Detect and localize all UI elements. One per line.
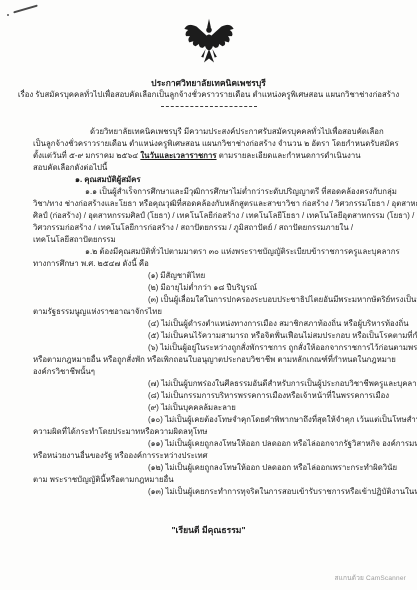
announcement-subject: เรื่อง รับสมัครบุคคลทั่วไปเพื่อสอบคัดเลื… [0, 89, 417, 101]
scan-dot-artifact [7, 14, 9, 16]
doc-line: (๑๑) ไม่เป็นผู้เคยถูกลงโทษให้ออก ปลดออก … [33, 438, 393, 450]
doc-line: ความผิดที่ได้กระทำโดยประมาทหรือความผิดลห… [33, 426, 393, 438]
doc-line: (๙) ไม่เป็นบุคคลล้มละลาย [33, 402, 393, 414]
doc-line: เทคโนโลยีสถาปัตยกรรม [33, 234, 393, 246]
doc-line: ตั้งแต่วันที่ ๕-๙ มกราคม ๒๕๖๔ ในวันและเว… [33, 150, 393, 162]
doc-line: (๑) มีสัญชาติไทย [33, 270, 393, 282]
scanned-document-page: ประกาศวิทยาลัยเทคนิคเพชรบุรี เรื่อง รับส… [0, 0, 417, 590]
doc-line: สอบคัดเลือกดังต่อไปนี้ [33, 162, 393, 174]
garuda-emblem-icon [181, 13, 237, 75]
document-body: ด้วยวิทยาลัยเทคนิคเพชรบุรี มีความประสงค์… [0, 107, 417, 498]
school-motto: "เรียนดี มีคุณธรรม" [0, 523, 417, 537]
pen-stroke-artifact [13, 5, 38, 14]
doc-line: ด้วยวิทยาลัยเทคนิคเพชรบุรี มีความประสงค์… [33, 126, 393, 138]
announcement-title: ประกาศวิทยาลัยเทคนิคเพชรบุรี [0, 78, 417, 89]
doc-line: หรือหน่วยงานอื่นของรัฐ หรือองค์การระหว่า… [33, 450, 393, 462]
doc-line: (๗) ไม่เป็นผู้บกพร่องในศีลธรรมอันดีสำหรั… [33, 378, 393, 390]
doc-line: (๕) ไม่เป็นคนไร้ความสามารถ หรือจิตฟั่นเฟ… [33, 330, 393, 342]
doc-line: (๖) ไม่เป็นผู้อยู่ในระหว่างถูกสั่งพักราช… [33, 342, 393, 354]
doc-line: (๑๐) ไม่เป็นผู้เคยต้องโทษจำคุกโดยคำพิพาก… [33, 414, 393, 426]
doc-line: ศิลป์ (ก่อสร้าง) / อุตสาหกรรมศิลป์ (โยธา… [33, 210, 393, 222]
doc-line: (๓) เป็นผู้เลื่อมใสในการปกครองระบอบประชา… [33, 294, 393, 306]
doc-line: องค์กรวิชาชีพนั้นๆ [33, 366, 393, 378]
doc-line: เป็นลูกจ้างชั่วคราวรายเดือน ตำแหน่งครูพิ… [33, 138, 393, 150]
doc-line: ทางการศึกษา พ.ศ. ๒๕๔๗ ดังนี้ คือ [33, 258, 393, 270]
doc-line: หรือตามกฎหมายอื่น หรือถูกสั่งพัก หรือเพิ… [33, 354, 393, 366]
doc-line: ๑.๑ เป็นผู้สำเร็จการศึกษาและมีวุฒิการศึก… [33, 186, 393, 198]
doc-line: (๑๒) ไม่เป็นผู้เคยถูกลงโทษให้ออก ปลดออก … [33, 462, 393, 474]
doc-line: ๑. คุณสมบัติผู้สมัคร [33, 174, 393, 186]
doc-line: ตามรัฐธรรมนูญแห่งราชอาณาจักรไทย [33, 306, 393, 318]
doc-line: ตาม พระราชบัญญัตินี้หรือตามกฎหมายอื่น [33, 474, 393, 486]
doc-line: (๑๓) ไม่เป็นผู้เคยกระทำการทุจริตในการสอบ… [33, 486, 393, 498]
doc-line: (๒) มีอายุไม่ต่ำกว่า ๑๘ ปีบริบูรณ์ [33, 282, 393, 294]
doc-line: (๘) ไม่เป็นกรรมการบริหารพรรคการเมืองหรือ… [33, 390, 393, 402]
camscanner-watermark: สแกนด้วย CamScanner [334, 573, 406, 583]
doc-line: (๔) ไม่เป็นผู้ดำรงตำแหน่งทางการเมือง สมา… [33, 318, 393, 330]
doc-line: ๑.๒ ต้องมีคุณสมบัติทั่วไปตามมาตรา ๓๐ แห่… [33, 246, 393, 258]
doc-line: วิชา/ทาง ช่างก่อสร้างและโยธา หรือคุณวุฒิ… [33, 198, 393, 210]
doc-line: วิศวกรรมก่อสร้าง / เทคโนโลยีการก่อสร้าง … [33, 222, 393, 234]
